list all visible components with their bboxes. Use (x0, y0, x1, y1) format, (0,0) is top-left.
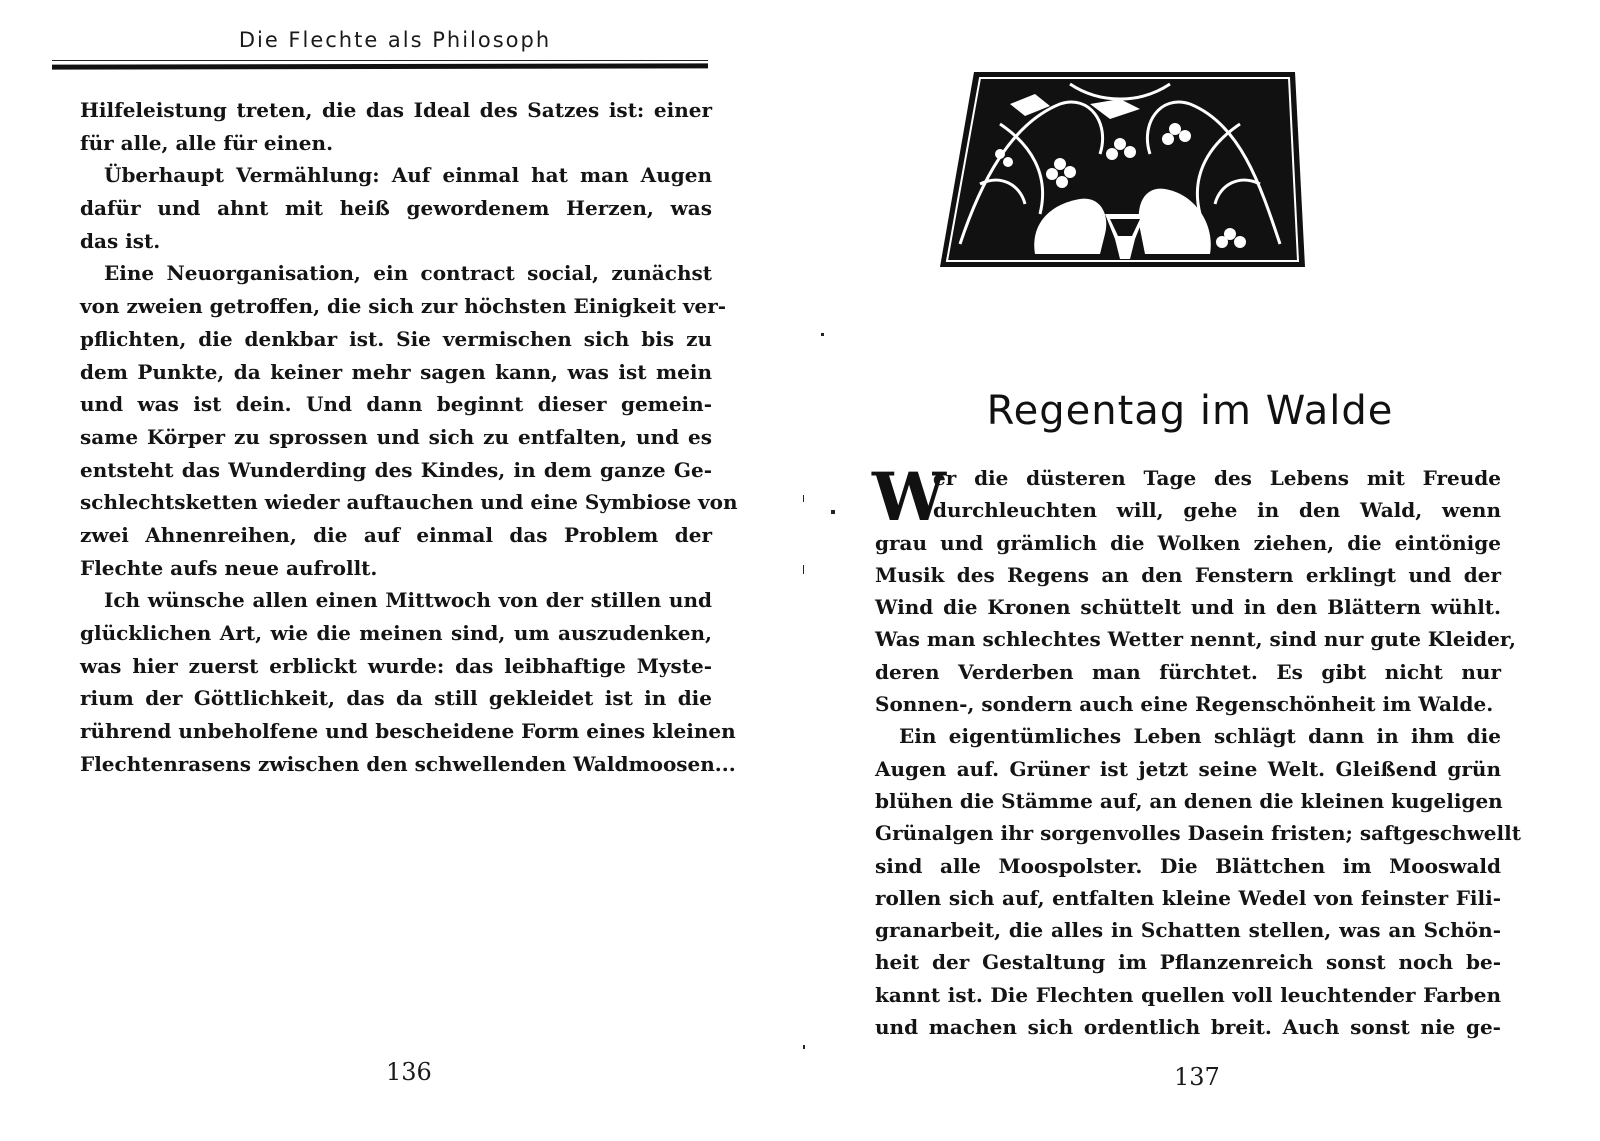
text-line: kannt ist. Die Flechten quellen voll leu… (875, 979, 1501, 1011)
text-line: von zweien getroffen, die sich zur höchs… (80, 290, 712, 323)
text-line: durchleuchten will, gehe in den Wald, we… (875, 494, 1501, 526)
text-line: Sonnen-, sondern auch eine Regenschönhei… (875, 688, 1501, 720)
text-line: glücklichen Art, wie die meinen sind, um… (80, 617, 712, 650)
text-line: Musik des Regens an den Fenstern erkling… (875, 559, 1501, 591)
text-line: sind alle Moospolster. Die Blättchen im … (875, 850, 1501, 882)
text-line: Augen auf. Grüner ist jetzt seine Welt. … (875, 753, 1501, 785)
scan-speck (821, 333, 824, 336)
text-line: und machen sich ordentlich breit. Auch s… (875, 1011, 1501, 1043)
text-line: heit der Gestaltung im Pflanzenreich son… (875, 946, 1501, 978)
text-line: Flechtenrasens zwischen den schwellenden… (80, 748, 712, 781)
text-line: das ist. (80, 225, 712, 258)
text-line: Überhaupt Vermählung: Auf einmal hat man… (80, 159, 712, 192)
text-line: dafür und ahnt mit heiß gewordenem Herze… (80, 192, 712, 225)
text-line: Ich wünsche allen einen Mittwoch von der… (80, 584, 712, 617)
text-line: Was man schlechtes Wetter nennt, sind nu… (875, 623, 1501, 655)
text-line: was hier zuerst erblickt wurde: das leib… (80, 650, 712, 683)
text-line: deren Verderben man fürchtet. Es gibt ni… (875, 656, 1501, 688)
text-line: same Körper zu sprossen und sich zu entf… (80, 421, 712, 454)
text-line: blühen die Stämme auf, an denen die klei… (875, 785, 1501, 817)
text-line: rührend unbeholfene und bescheidene Form… (80, 715, 712, 748)
text-line: entsteht das Wunderding des Kindes, in d… (80, 454, 712, 487)
header-rule-thick (52, 63, 708, 69)
text-line: schlechtsketten wieder auftauchen und ei… (80, 486, 712, 519)
header-rule-thin (52, 60, 708, 61)
text-line: Grünalgen ihr sorgenvolles Dasein friste… (875, 817, 1501, 849)
scan-speck (803, 495, 804, 502)
page-number: 136 (386, 1058, 432, 1086)
text-line: zwei Ahnenreihen, die auf einmal das Pro… (80, 519, 712, 552)
text-line: Ein eigentümliches Leben schlägt dann in… (875, 720, 1501, 752)
scan-speck (831, 510, 835, 514)
scan-speck (803, 565, 804, 574)
text-line: grau und grämlich die Wolken ziehen, die… (875, 527, 1501, 559)
text-line: Eine Neuorganisation, ein contract socia… (80, 257, 712, 290)
text-line: für alle, alle für einen. (80, 127, 712, 160)
text-line: Hilfeleistung treten, die das Ideal des … (80, 94, 712, 127)
text-line: granarbeit, die alles in Schatten stelle… (875, 914, 1501, 946)
text-line: Flechte aufs neue aufrollt. (80, 552, 712, 585)
text-line: er die düsteren Tage des Lebens mit Freu… (875, 462, 1501, 494)
scan-speck (803, 1045, 805, 1049)
woodcut-illustration-icon (940, 64, 1305, 270)
text-line: und was ist dein. Und dann beginnt diese… (80, 388, 712, 421)
page-number: 137 (1174, 1063, 1220, 1091)
left-page: Die Flechte als Philosoph Hilfeleistung … (0, 0, 800, 1141)
text-line: rollen sich auf, entfalten kleine Wedel … (875, 882, 1501, 914)
running-head: Die Flechte als Philosoph (80, 28, 710, 52)
left-body-text: Hilfeleistung treten, die das Ideal des … (80, 94, 712, 780)
text-line: rium der Göttlichkeit, das da still gekl… (80, 682, 712, 715)
right-body-text: er die düsteren Tage des Lebens mit Freu… (875, 462, 1501, 1043)
text-line: Wind die Kronen schüttelt und in den Blä… (875, 591, 1501, 623)
text-line: dem Punkte, da keiner mehr sagen kann, w… (80, 356, 712, 389)
text-line: pflichten, die denkbar ist. Sie vermisch… (80, 323, 712, 356)
chapter-title: Regentag im Walde (920, 388, 1460, 434)
right-page: Regentag im Walde W er die düsteren Tage… (800, 0, 1600, 1141)
